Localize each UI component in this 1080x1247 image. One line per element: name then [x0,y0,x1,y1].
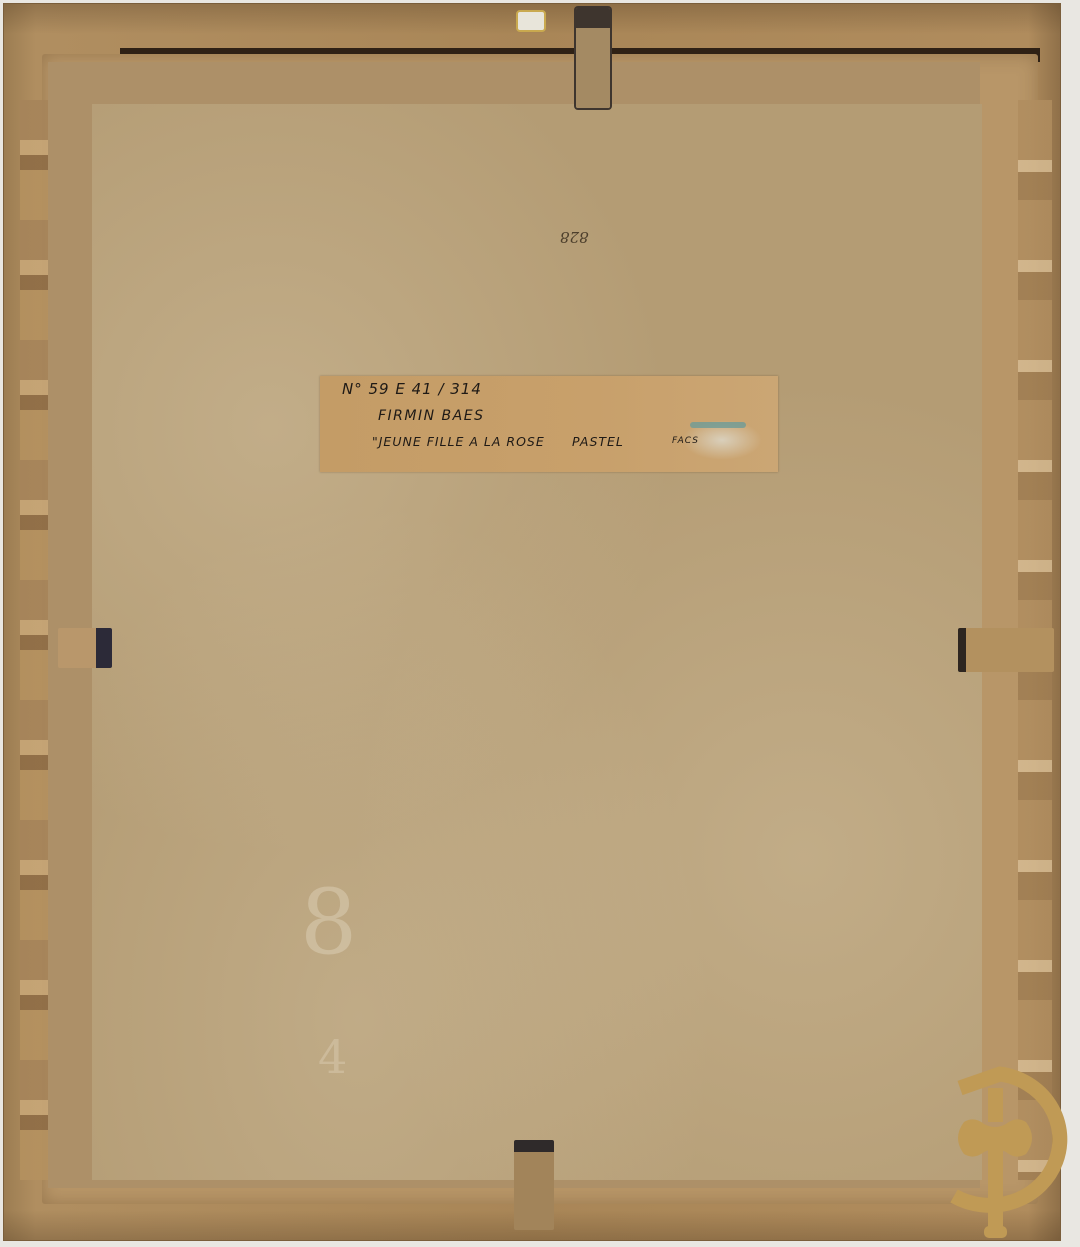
frame-clip-right [958,628,1054,672]
frame-clip-bottom [514,1140,554,1230]
cardboard-backing [92,104,982,1180]
label-stain-blue [690,422,746,428]
provenance-label: N° 59 E 41 / 314 FIRMIN BAES "JEUNE FILL… [320,376,778,472]
hanger-ring-icon [516,10,546,32]
label-inventory-number: N° 59 E 41 / 314 [342,380,482,398]
chalk-mark-2: 4 [318,1030,347,1084]
chalk-mark-1: 8 [300,870,357,975]
artwork-back-photo: 828 N° 59 E 41 / 314 FIRMIN BAES "JEUNE … [0,0,1080,1247]
auction-house-logo-icon [940,1058,1080,1247]
frame-clip-top [576,8,610,108]
label-artist: FIRMIN BAES [378,408,484,424]
pencil-inventory-mark: 828 [560,228,589,246]
label-tail: FACS [672,436,699,446]
label-medium: PASTEL [572,434,624,449]
label-title: "JEUNE FILLE A LA ROSE [372,434,545,449]
frame-clip-left [58,628,112,668]
